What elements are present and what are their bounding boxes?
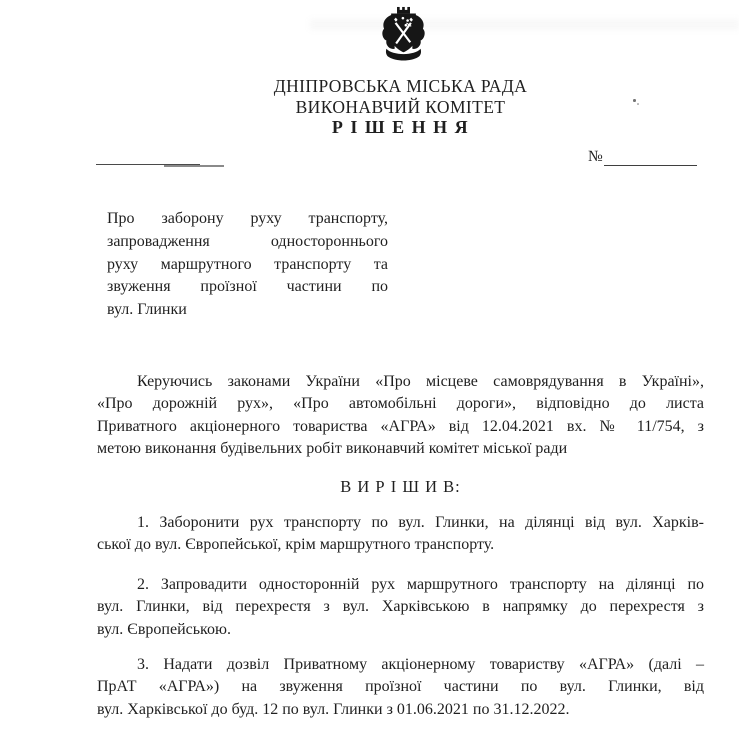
preamble-paragraph: Керуючись законами України «Про місцеве … <box>97 371 704 461</box>
resolution-item-2: 2. Запровадити односторонній рух маршрут… <box>97 574 704 641</box>
subject-block: Про заборону руху транспорту, запровадже… <box>107 208 388 322</box>
subject-line: Про заборону руху транспорту, <box>107 208 388 231</box>
scan-speck <box>633 99 636 102</box>
subject-line: звуження проїзної частини по <box>107 276 388 299</box>
item-line: 3. Надати дозвіл Приватному акціонерному… <box>97 654 704 676</box>
item-line: вул. Глинки, від перехрестя з вул. Харкі… <box>97 596 704 618</box>
preamble-line: метою виконання будівельних робіт викона… <box>97 438 704 460</box>
scan-speck <box>637 103 639 105</box>
item-line: вул. Харківської до буд. 12 по вул. Глин… <box>97 699 704 721</box>
scanned-decision-document: ДНІПРОВСЬКА МІСЬКА РАДА ВИКОНАВЧИЙ КОМІТ… <box>0 0 739 734</box>
item-line: 2. Запровадити односторонній рух маршрут… <box>97 574 704 596</box>
number-field: № <box>588 148 697 166</box>
subject-line: запровадження одностороннього <box>107 231 388 254</box>
item-line: ПрАТ «АГРА») на звуження проїзної частин… <box>97 676 704 698</box>
preamble-line: Приватного акціонерного товариства «АГРА… <box>97 416 704 438</box>
city-emblem-icon <box>377 6 430 68</box>
committee-line: ВИКОНАВЧИЙ КОМІТЕТ <box>97 97 704 118</box>
number-blank-line <box>604 151 697 166</box>
org-name-line: ДНІПРОВСЬКА МІСЬКА РАДА <box>97 76 704 97</box>
date-blank-line <box>96 151 200 165</box>
item-line: вул. Європейською. <box>97 619 704 641</box>
preamble-line: «Про дорожній рух», «Про автомобільні до… <box>97 393 704 415</box>
document-type-title: Р І Ш Е Н Н Я <box>97 117 704 138</box>
item-line: 1. Заборонити рух транспорту по вул. Гли… <box>97 512 704 534</box>
scan-artifact-band <box>310 19 739 30</box>
resolution-heading: В И Р І Ш И В: <box>97 477 704 497</box>
number-sign: № <box>588 148 603 166</box>
item-line: ської до вул. Європейської, крім маршрут… <box>97 534 704 556</box>
subject-line: руху маршрутного транспорту та <box>107 254 388 277</box>
preamble-line: Керуючись законами України «Про місцеве … <box>97 371 704 393</box>
resolution-item-1: 1. Заборонити рух транспорту по вул. Гли… <box>97 512 704 557</box>
subject-line: вул. Глинки <box>107 299 388 322</box>
resolution-item-3: 3. Надати дозвіл Приватному акціонерному… <box>97 654 704 721</box>
